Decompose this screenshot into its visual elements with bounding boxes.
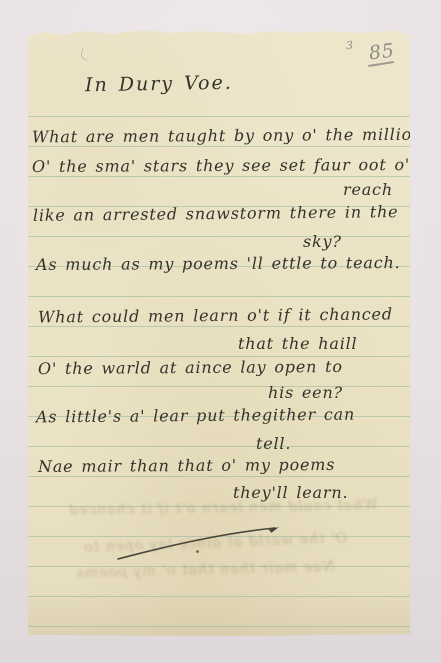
poem-line: O' the sma' stars they see set faur oot …: [32, 157, 410, 175]
poem-line: Nae mair than that o' my poems: [38, 457, 335, 475]
poem-line: What could men learn o't if it chanced: [38, 306, 393, 325]
poem-line: tell.: [256, 436, 291, 452]
poem-line: like an arrested snawstorm there in the: [33, 204, 399, 224]
poem-line: What are men taught by ony o' the millio…: [32, 127, 432, 146]
poem-line: reach: [343, 182, 393, 198]
poem-line: As much as my poems 'll ettle to teach.: [36, 255, 401, 273]
poem-line: sky?: [303, 234, 342, 250]
verso-bleedthrough: O' the warld at aince lay open to: [83, 530, 348, 555]
poem-title: In Dury Voe.: [85, 74, 233, 96]
manuscript-page: 3 85 In Dury Voe. What are men taught by…: [28, 30, 410, 636]
poem-line: his een?: [268, 385, 343, 401]
poem-line: that the haill: [238, 336, 357, 352]
poem-line: they'll learn.: [233, 485, 348, 501]
pencil-number-small: 3: [346, 40, 355, 52]
end-flourish-stroke: [28, 30, 410, 636]
ink-dot: [196, 550, 199, 553]
poem-line: As little's a' lear put thegither can: [36, 407, 355, 426]
verso-bleedthrough: Nae mair than that o' my poems: [76, 559, 335, 582]
photo-background: 3 85 In Dury Voe. What are men taught by…: [0, 0, 441, 663]
poem-line: O' the warld at aince lay open to: [38, 359, 343, 377]
faint-pencil-mark: [80, 47, 91, 61]
